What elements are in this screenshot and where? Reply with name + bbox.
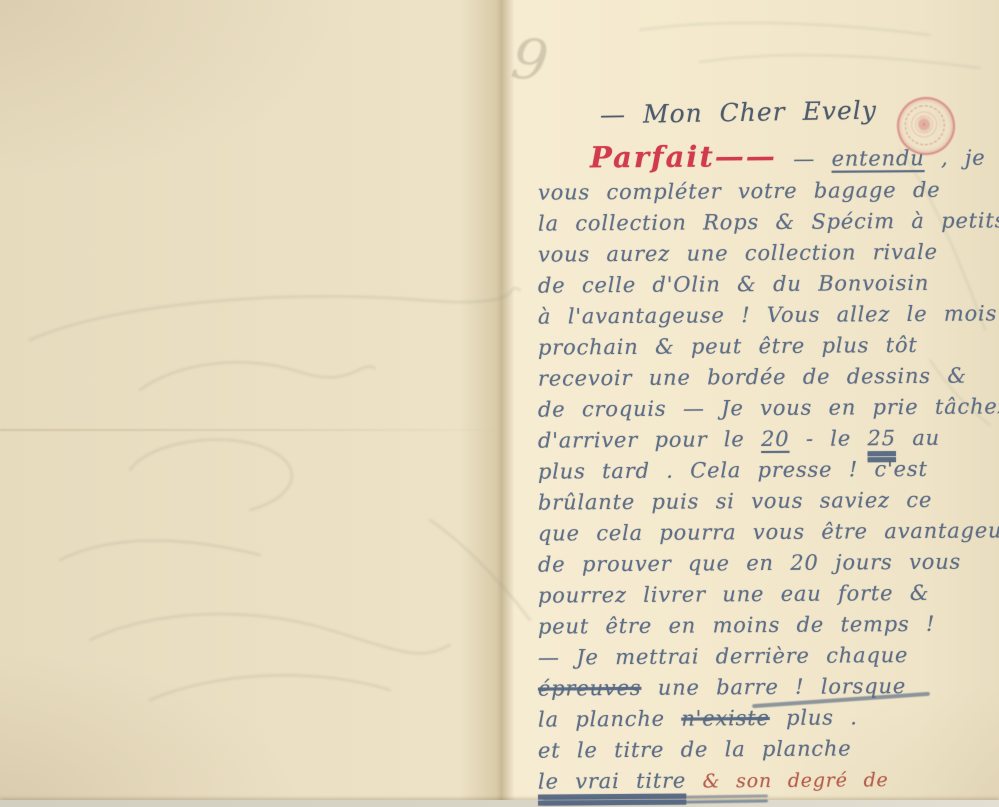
letter-line-7: prochain & peut être plus tôt — [538, 329, 998, 363]
letter-line-18: épreuves une barre ! lorsque — [538, 670, 998, 704]
letter-line-6: à l'avantageuse ! Vous allez le mois — [538, 298, 998, 332]
letter-line-16: peut être en moins de temps ! — [538, 608, 998, 642]
pencil-page-number: 9 — [508, 26, 552, 95]
letter-scan: 9 — Mon Cher Evely Parfait—— — entendu ,… — [0, 0, 999, 807]
letter-line-20: et le titre de la planche — [538, 732, 998, 766]
letter-line-2: vous compléter votre bagage de — [538, 174, 998, 208]
letter-line-13: que cela pourra vous être avantageux — [538, 515, 998, 549]
letter-text-segment: n'existe — [681, 706, 770, 731]
paper-bottom-edge — [0, 800, 999, 807]
letter-text-segment: et le titre de la planche — [538, 736, 852, 762]
letter-line-8: recevoir une bordée de dessins & — [538, 360, 998, 394]
letter-text-segment: brûlante puis si vous saviez ce — [538, 488, 932, 515]
letter-text-segment: pourrez livrer une eau forte & — [538, 581, 929, 608]
letter-text-segment: , je vais — [924, 145, 999, 170]
letter-text-segment: & son degré de — [703, 769, 889, 792]
letter-text-segment: entendu — [831, 146, 924, 171]
letter-line-15: pourrez livrer une eau forte & — [538, 577, 998, 611]
letter-text-segment: plus . — [770, 705, 858, 730]
letter-text-segment: Parfait — [590, 140, 715, 175]
letter-text-segment: de celle d'Olin & du Bonvoisin — [538, 271, 929, 298]
letter-line-5: de celle d'Olin & du Bonvoisin — [538, 267, 998, 301]
letter-text-segment: une barre ! — [641, 675, 804, 700]
letter-line-9: de croquis — Je vous en prie tâchez — [538, 391, 998, 425]
letter-text-segment: la collection Rops & Spécim à petits — [538, 208, 999, 235]
letter-text-segment: —— — [715, 139, 777, 173]
letter-text-segment: - le — [789, 426, 867, 451]
letter-text-segment: recevoir une bordée de dessins & — [538, 364, 967, 391]
letter-text-segment: peut être en moins de temps ! — [538, 612, 935, 639]
letter-text-segment: que cela pourra vous être avantageux — [538, 518, 999, 545]
horizontal-crease — [0, 429, 500, 431]
letter-text-segment: de croquis — Je vous en prie tâchez — [538, 394, 999, 421]
letter-text-segment: le vrai titre — [538, 769, 686, 794]
letter-text-segment: prochain & peut être plus tôt — [538, 333, 918, 360]
letter-text-segment: plus tard . Cela presse ! c'est — [538, 457, 928, 484]
letter-line-14: de prouver que en 20 jours vous — [538, 546, 998, 580]
letter-text-segment: — Je mettrai derrière chaque — [538, 643, 908, 670]
letter-text-segment: épreuves — [538, 676, 642, 701]
letter-text-segment: de prouver que en 20 jours vous — [538, 550, 961, 577]
letter-line-12: brûlante puis si vous saviez ce — [538, 484, 998, 518]
letter-line-4: vous aurez une collection rivale — [538, 236, 998, 270]
letter-text-segment: vous aurez une collection rivale — [538, 240, 938, 267]
letter-text-segment — [686, 768, 703, 792]
letter-line-11: plus tard . Cela presse ! c'est — [538, 453, 998, 487]
letter-text-segment: — — [777, 147, 832, 171]
salutation: — Mon Cher Evely — [600, 96, 877, 130]
letter-text-segment: à l'avantageuse ! Vous allez le mois — [538, 301, 997, 328]
letter-text-segment: 20 — [761, 427, 789, 451]
letter-line-21: le vrai titre & son degré de — [538, 763, 998, 797]
letter-body: Parfait—— — entendu , je vaisvous complé… — [538, 141, 998, 796]
letter-text-segment: la planche — [538, 707, 681, 732]
letter-line-10: d'arriver pour le 20 - le 25 au — [538, 422, 998, 456]
letter-text-segment: 25 — [867, 426, 895, 450]
letter-text-segment: vous compléter votre bagage de — [538, 178, 941, 205]
letter-text-segment: au — [896, 426, 940, 450]
letter-line-17: — Je mettrai derrière chaque — [538, 639, 998, 673]
letter-line-1: Parfait—— — entendu , je vais — [590, 140, 998, 174]
letter-text-segment: d'arriver pour le — [538, 427, 761, 453]
letter-line-3: la collection Rops & Spécim à petits — [538, 205, 998, 239]
